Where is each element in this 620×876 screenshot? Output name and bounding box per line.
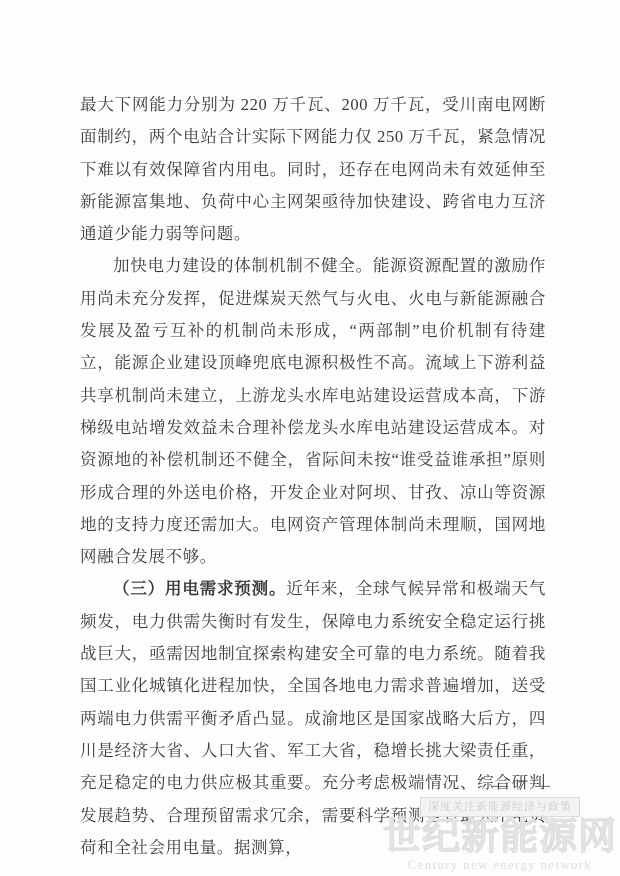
document-body: 最大下网能力分别为 220 万千瓦、200 万千瓦，受川南电网断面制约，两个电站…	[80, 89, 546, 864]
paragraph-mechanism-issues: 加快电力建设的体制机制不健全。能源资源配置的激励作用尚未充分发挥，促进煤炭天然气…	[80, 250, 546, 573]
document-page: 最大下网能力分别为 220 万千瓦、200 万千瓦，受川南电网断面制约，两个电站…	[0, 0, 620, 876]
paragraph-continuation: 最大下网能力分别为 220 万千瓦、200 万千瓦，受川南电网断面制约，两个电站…	[80, 89, 546, 250]
paragraph-demand-forecast: （三）用电需求预测。近年来，全球气候异常和极端天气频发，电力供需失衡时有发生，保…	[80, 573, 546, 864]
paragraph-text: 近年来，全球气候异常和极端天气频发，电力供需失衡时有发生，保障电力系统安全稳定运…	[80, 579, 546, 856]
section-heading: （三）用电需求预测。	[113, 579, 286, 598]
page-number: — 7 —	[493, 778, 553, 795]
